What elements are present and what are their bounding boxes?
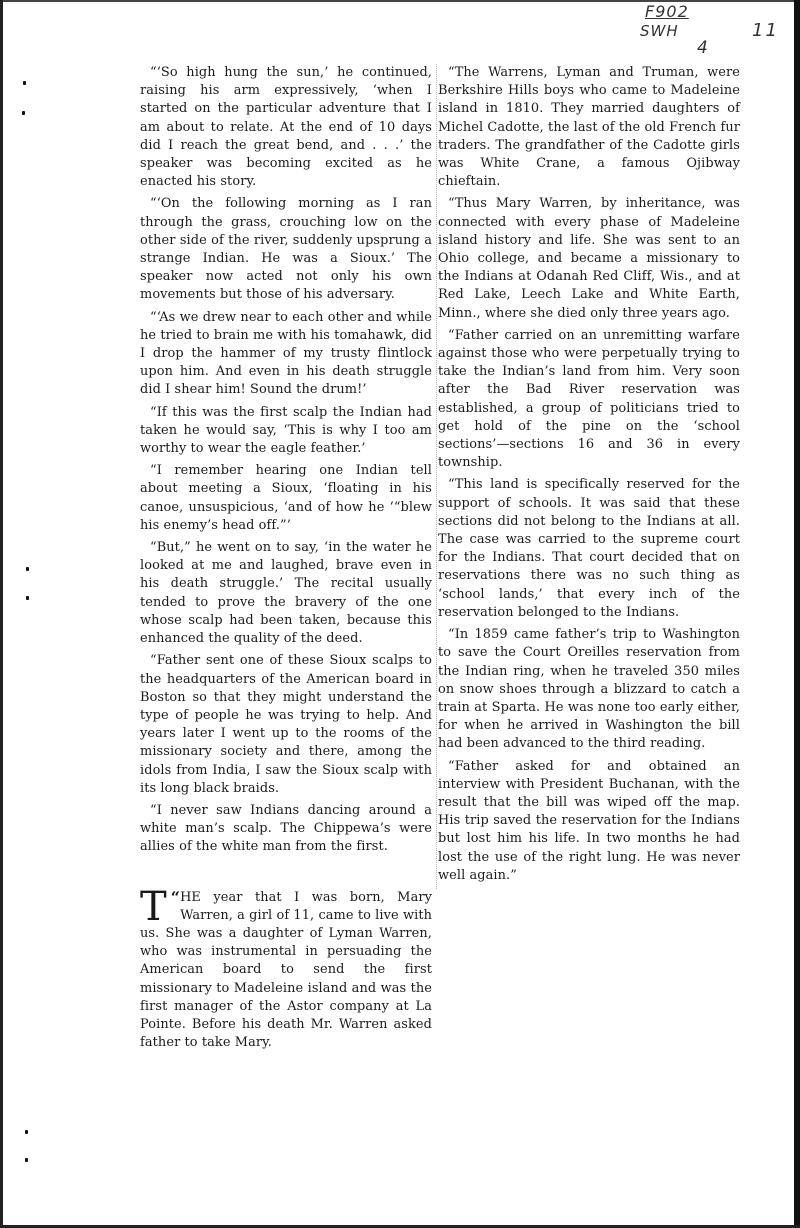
article-paragraph: “‘As we drew near to each other and whil…: [140, 309, 432, 400]
article-paragraph: “‘On the following morning as I ran thro…: [140, 195, 432, 304]
article-paragraph: “Father asked for and obtained an interv…: [438, 758, 740, 885]
article-paragraph: “‘So high hung the sun,’ he continued, r…: [140, 64, 432, 191]
lead-paragraph: “T HE year that I was born, Mary Warren,…: [140, 889, 432, 1053]
article-paragraph: “I remember hearing one Indian tell abou…: [140, 462, 432, 535]
article-paragraph: “If this was the first scalp the Indian …: [140, 404, 432, 459]
article-paragraph: “Father carried on an unremitting warfar…: [438, 327, 740, 473]
drop-cap-letter: T: [140, 891, 167, 923]
scan-border-left: [0, 0, 3, 1228]
article-paragraph: “The Warrens, Lyman and Truman, were Ber…: [438, 64, 740, 191]
drop-cap-group: “T: [140, 889, 180, 923]
scan-border-right: [794, 0, 800, 1228]
margin-punch-mark: [23, 81, 26, 85]
margin-punch-mark: [22, 111, 25, 115]
article-paragraph: “But,” he went on to say, ‘in the water …: [140, 539, 432, 648]
article-column-right: “The Warrens, Lyman and Truman, were Ber…: [436, 64, 740, 889]
article-paragraph: “This land is specifically reserved for …: [438, 476, 740, 622]
handwritten-item-number: 4: [697, 38, 708, 58]
article-paragraph: “In 1859 came father’s trip to Washingto…: [438, 626, 740, 753]
handwritten-page-number: 11: [752, 20, 779, 41]
margin-punch-mark: [25, 1158, 28, 1162]
margin-punch-mark: [25, 1130, 28, 1134]
handwritten-collection-code: SWH: [640, 22, 679, 40]
margin-punch-mark: [26, 567, 29, 571]
article-paragraph: “I never saw Indians dancing around a wh…: [140, 802, 432, 857]
drop-cap-quote: “: [171, 888, 180, 907]
lead-paragraph-text: HE year that I was born, Mary Warren, a …: [140, 890, 432, 1051]
handwritten-catalog-code: F902: [645, 2, 689, 21]
margin-punch-mark: [26, 596, 29, 600]
article-paragraph: “Thus Mary Warren, by inheritance, was c…: [438, 195, 740, 322]
article-paragraph: “Father sent one of these Sioux scalps t…: [140, 652, 432, 798]
article-column-left: “‘So high hung the sun,’ he continued, r…: [140, 64, 432, 1056]
